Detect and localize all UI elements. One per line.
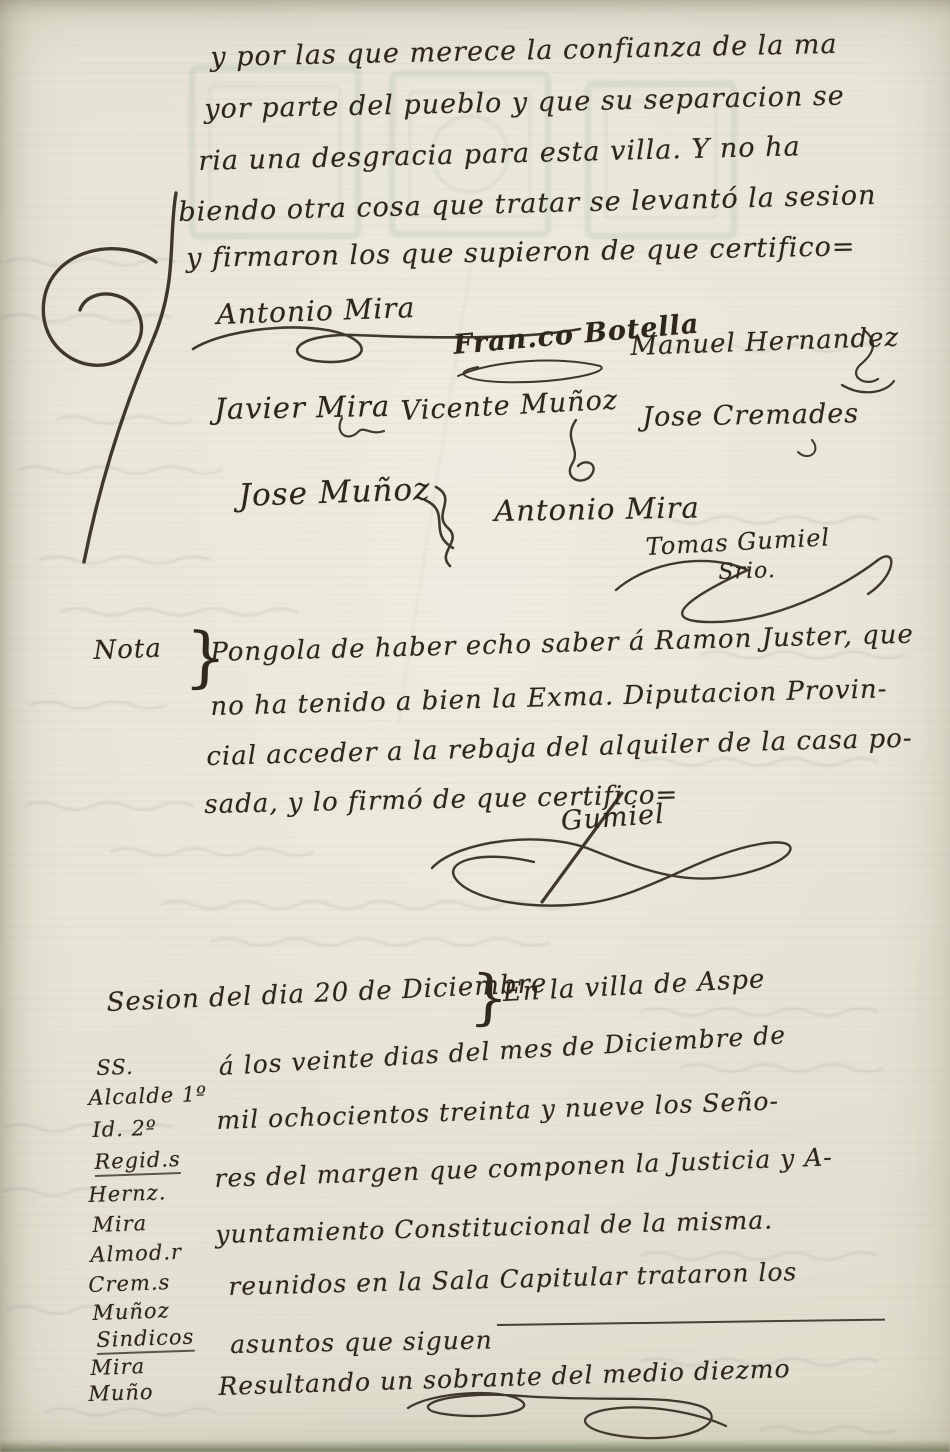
manuscript-line: reunidos en la Sala Capitular trataron l… xyxy=(228,1257,798,1301)
margin-name: Alcalde 1º xyxy=(88,1082,207,1110)
manuscript-line: Resultando un sobrante del medio diezmo xyxy=(218,1354,791,1401)
signature-antonio-mira-1: Antonio Mira xyxy=(216,291,416,331)
manuscript-line: y por las que merece la confianza de la … xyxy=(210,29,838,73)
margin-name: Crem.s xyxy=(88,1270,171,1297)
manuscript-line: yuntamiento Constitucional de la misma. xyxy=(215,1205,773,1249)
signature-flourish-gumiel-nota xyxy=(432,840,791,906)
filler-rule xyxy=(497,1319,885,1326)
signature-jose-cremades: Jose Cremades xyxy=(642,398,859,433)
manuscript-line: biendo otra cosa que tratar se levantó l… xyxy=(178,180,877,228)
margin-name: Mira xyxy=(90,1354,146,1380)
signature-rubric-cremades xyxy=(798,440,815,456)
manuscript-page: y por las que merece la confianza de la … xyxy=(0,0,950,1452)
signature-tomas-gumiel: Tomas Gumiel xyxy=(645,523,831,561)
nota-label: Nota xyxy=(93,634,162,666)
manuscript-line: res del margen que componen la Justicia … xyxy=(214,1142,833,1193)
left-paraph-loop xyxy=(43,249,156,366)
margin-name: Almod.r xyxy=(90,1240,182,1267)
manuscript-line: yor parte del pueblo y que su separacion… xyxy=(204,81,845,125)
signature-vicente-munoz: Vicente Muñoz xyxy=(400,385,619,427)
signature-rubric-vicente-munoz xyxy=(570,420,594,481)
manuscript-line: no ha tenido a bien la Exma. Diputacion … xyxy=(210,674,888,722)
manuscript-line: ria una desgracia para esta villa. Y no … xyxy=(198,131,801,177)
margin-name: Hernz. xyxy=(88,1180,167,1207)
margin-name: Muño xyxy=(88,1380,154,1406)
signature-antonio-mira-2: Antonio Mira xyxy=(494,490,700,528)
bottom-flourish xyxy=(408,1393,726,1438)
manuscript-line: asuntos que siguen xyxy=(230,1325,493,1359)
signature-rubric-botella xyxy=(458,361,602,383)
margin-name: Muñoz xyxy=(92,1298,170,1325)
manuscript-line: Pongola de haber echo saber á Ramon Just… xyxy=(210,620,914,668)
signature-javier-mira: Javier Mira xyxy=(214,389,391,426)
margin-name: Id. 2º xyxy=(92,1116,157,1142)
margin-name: Regid.s xyxy=(94,1147,181,1177)
signature-gumiel-nota: Gumiel xyxy=(560,799,666,837)
left-paraph-flourish xyxy=(84,193,176,562)
signature-secretary-title: Srio. xyxy=(718,558,776,585)
manuscript-line: cial acceder a la rebaja del alquiler de… xyxy=(206,724,913,772)
margin-name: Mira xyxy=(92,1211,148,1237)
margin-name: Sindicos xyxy=(96,1325,195,1355)
signature-jose-munoz: Jose Muñoz xyxy=(238,471,431,514)
manuscript-line: y firmaron los que supieron de que certi… xyxy=(186,231,856,274)
manuscript-line: mil ochocientos treinta y nueve los Seño… xyxy=(216,1086,779,1135)
margin-name: SS. xyxy=(96,1055,134,1080)
page-bottom-edge xyxy=(0,1440,950,1452)
